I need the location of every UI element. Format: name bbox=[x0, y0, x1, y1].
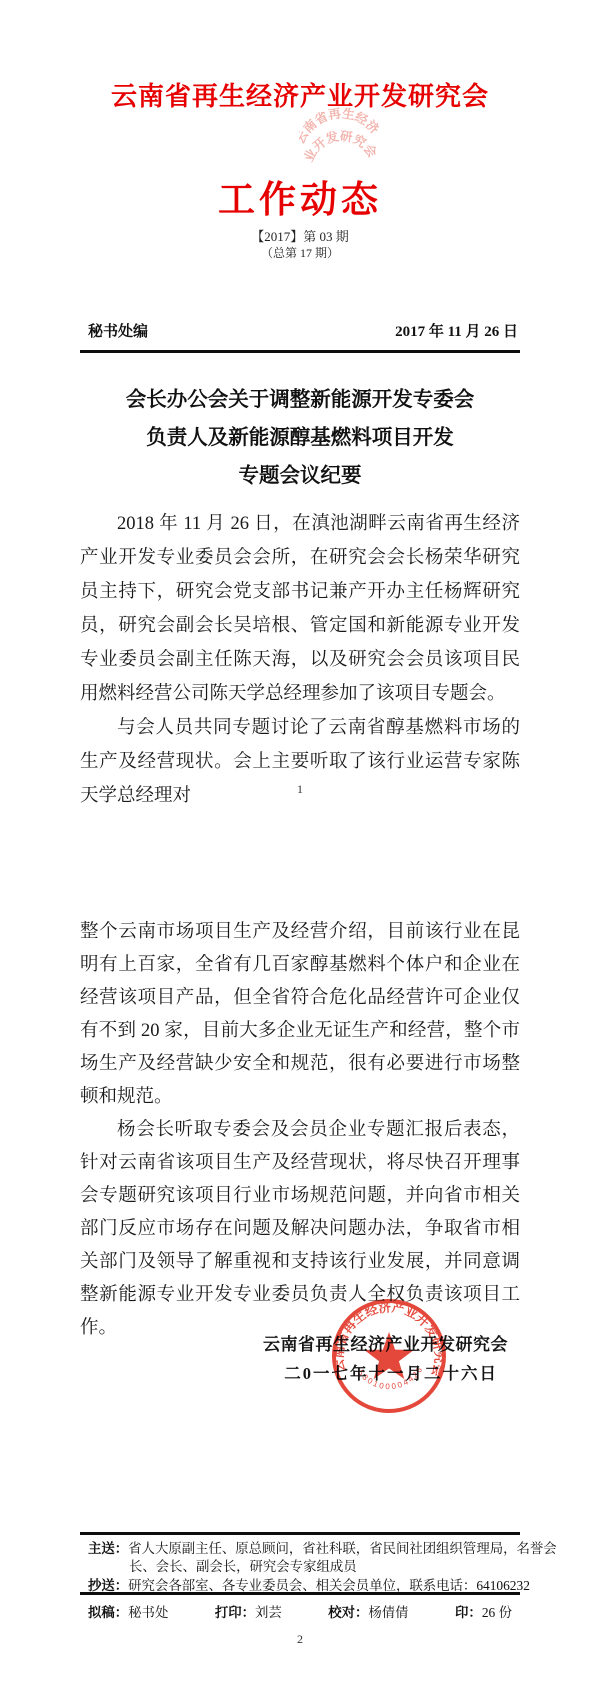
issue-total-number: （总第 17 期） bbox=[0, 244, 600, 261]
editor-date-row: 秘书处编 2017 年 11 月 26 日 bbox=[88, 320, 518, 341]
footer-top-divider-line bbox=[80, 1532, 520, 1535]
main-send-label: 主送： bbox=[88, 1541, 128, 1556]
official-seal-icon: 云南省再生经济产业开发研究会 5301000044265 bbox=[330, 1297, 448, 1415]
draft-by: 拟稿：秘书处 bbox=[88, 1604, 168, 1622]
proofread-by-label: 校对： bbox=[328, 1605, 368, 1620]
document-title-line1: 会长办公会关于调整新能源开发专委会 bbox=[55, 381, 545, 419]
copies-value: 26 份 bbox=[482, 1605, 512, 1620]
body-page-1: 2018 年 11 月 26 日，在滇池湖畔云南省再生经济产业开发专业委员会会所… bbox=[80, 507, 520, 813]
document-title-line3: 专题会议纪要 bbox=[55, 457, 545, 495]
footer-bottom-divider-line bbox=[80, 1592, 520, 1595]
seal-fragment-text-2: 业开发研究会 bbox=[302, 128, 379, 164]
draft-by-value: 秘书处 bbox=[128, 1605, 168, 1620]
svg-text:业开发研究会: 业开发研究会 bbox=[302, 128, 379, 164]
printed-by: 打印：刘芸 bbox=[215, 1604, 282, 1622]
body-page-2: 整个云南市场项目生产及经营介绍，目前该行业在昆明有上百家，全省有几百家醇基燃料个… bbox=[80, 916, 520, 1345]
draft-by-label: 拟稿： bbox=[88, 1605, 128, 1620]
printed-by-label: 打印： bbox=[215, 1605, 255, 1620]
main-send-text: 省人大原副主任、原总顾问，省社科联，省民间社团组织管理局，名誉会长、会长、副会长… bbox=[128, 1541, 557, 1574]
proofread-by-value: 杨倩倩 bbox=[368, 1605, 408, 1620]
page-number-2: 2 bbox=[0, 1632, 600, 1647]
distribution-main-row: 主送：省人大原副主任、原总顾问，省社科联，省民间社团组织管理局，名誉会长、会长、… bbox=[88, 1540, 565, 1576]
document-page: 云南省再生经济产业开发研究会 云南省再生经济产 业开发研究会 工作动态 【201… bbox=[0, 0, 600, 1697]
issue-number: 【2017】第 03 期 bbox=[0, 226, 600, 245]
proofread-by: 校对：杨倩倩 bbox=[328, 1604, 408, 1622]
document-title-line2: 负责人及新能源醇基燃料项目开发 bbox=[55, 419, 545, 457]
printed-by-value: 刘芸 bbox=[255, 1605, 282, 1620]
copy-send-label: 抄送： bbox=[88, 1578, 128, 1593]
bulletin-title: 工作动态 bbox=[0, 169, 600, 223]
editor-label: 秘书处编 bbox=[88, 320, 148, 341]
issue-date: 2017 年 11 月 26 日 bbox=[395, 320, 518, 341]
copies-printed: 印：26 份 bbox=[455, 1604, 512, 1622]
paragraph: 整个云南市场项目生产及经营介绍，目前该行业在昆明有上百家，全省有几百家醇基燃料个… bbox=[80, 916, 520, 1114]
document-title: 会长办公会关于调整新能源开发专委会 负责人及新能源醇基燃料项目开发 专题会议纪要 bbox=[55, 381, 545, 495]
paragraph: 与会人员共同专题讨论了云南省醇基燃料市场的生产及经营现状。会上主要听取了该行业运… bbox=[80, 711, 520, 813]
paragraph: 杨会长听取专委会及会员企业专题汇报后表态，针对云南省该项目生产及经营现状，将尽快… bbox=[80, 1114, 520, 1345]
copy-send-text: 研究会各部室、各专业委员会、相关会员单位， bbox=[128, 1578, 409, 1593]
paragraph: 2018 年 11 月 26 日，在滇池湖畔云南省再生经济产业开发专业委员会会所… bbox=[80, 507, 520, 711]
copies-label: 印： bbox=[455, 1605, 482, 1620]
seal-star-icon bbox=[364, 1332, 413, 1379]
faint-seal-fragment-icon: 云南省再生经济产 业开发研究会 bbox=[299, 103, 379, 175]
drafting-info-row: 拟稿：秘书处 打印：刘芸 校对：杨倩倩 印：26 份 bbox=[88, 1604, 512, 1622]
header-divider-line bbox=[80, 350, 520, 353]
page-number-1: 1 bbox=[0, 782, 600, 797]
